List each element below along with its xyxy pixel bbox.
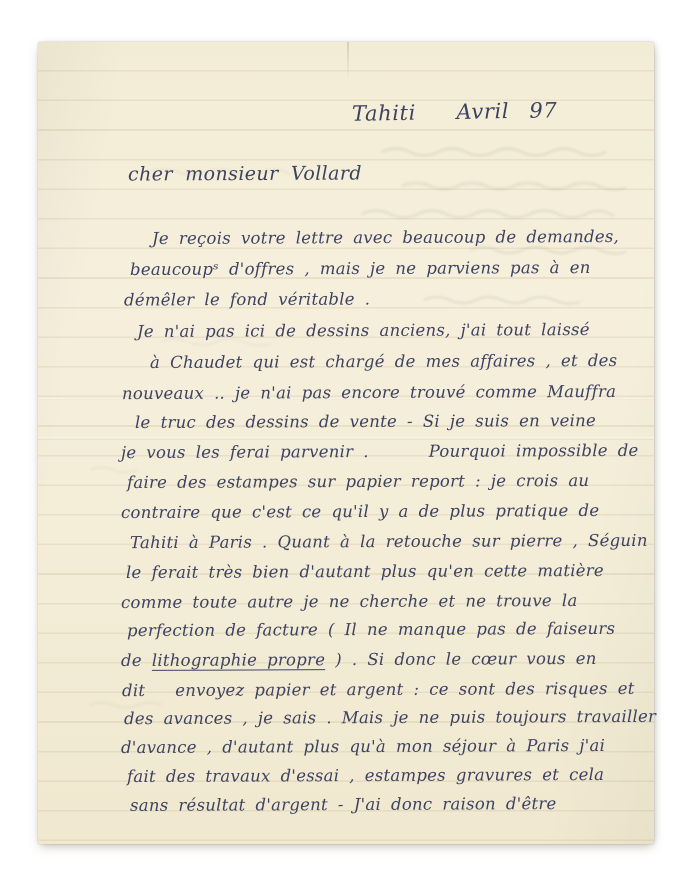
letter-line: perfection de facture ( Il ne manque pas… [127,619,615,640]
letter-line: sans résultat d'argent - J'ai donc raiso… [130,794,557,815]
letter-line: fait des travaux d'essai , estampes grav… [127,765,604,786]
fold-crease-horizontal [38,437,654,440]
letter-line: nouveaux .. je n'ai pas encore trouvé co… [122,382,616,403]
letter-line: le ferait très bien d'autant plus qu'en … [126,561,604,582]
letter-line: dit envoyez papier et argent : ce sont d… [122,679,635,700]
photo-background: Tahiti Avril 97 cher monsieur Vollard Je… [0,0,700,894]
letter-line: Je n'ai pas ici de dessins anciens, j'ai… [137,320,590,341]
letter-line: démêler le fond véritable . [124,289,370,309]
letter-line: de lithographie propre ) . Si donc le cœ… [121,649,597,670]
letter-line: contraire que c'est ce qu'il y a de plus… [121,501,599,522]
letter-line: des avances , je sais . Mais je ne puis … [124,707,656,728]
letter-line: Je reçois votre lettre avec beaucoup de … [152,227,619,248]
salutation: cher monsieur Vollard [128,162,362,185]
letter-line: Tahiti à Paris . Quant à la retouche sur… [130,531,648,552]
letter-line: d'avance , d'autant plus qu'à mon séjour… [121,736,605,757]
letter-line: je vous les ferai parvenir . Pourquoi im… [121,441,639,462]
letter-line: beaucoupˢ d'offres , mais je ne parviens… [130,258,591,279]
letter-line: faire des estampes sur papier report : j… [127,471,589,492]
letter-line: le truc des dessins de vente - Si je sui… [135,411,596,432]
dateline: Tahiti Avril 97 [352,98,558,126]
letter-line: comme toute autre je ne cherche et ne tr… [121,591,578,612]
letter-line: à Chaudet qui est chargé de mes affaires… [150,351,617,372]
fold-crease-vertical [347,42,349,80]
